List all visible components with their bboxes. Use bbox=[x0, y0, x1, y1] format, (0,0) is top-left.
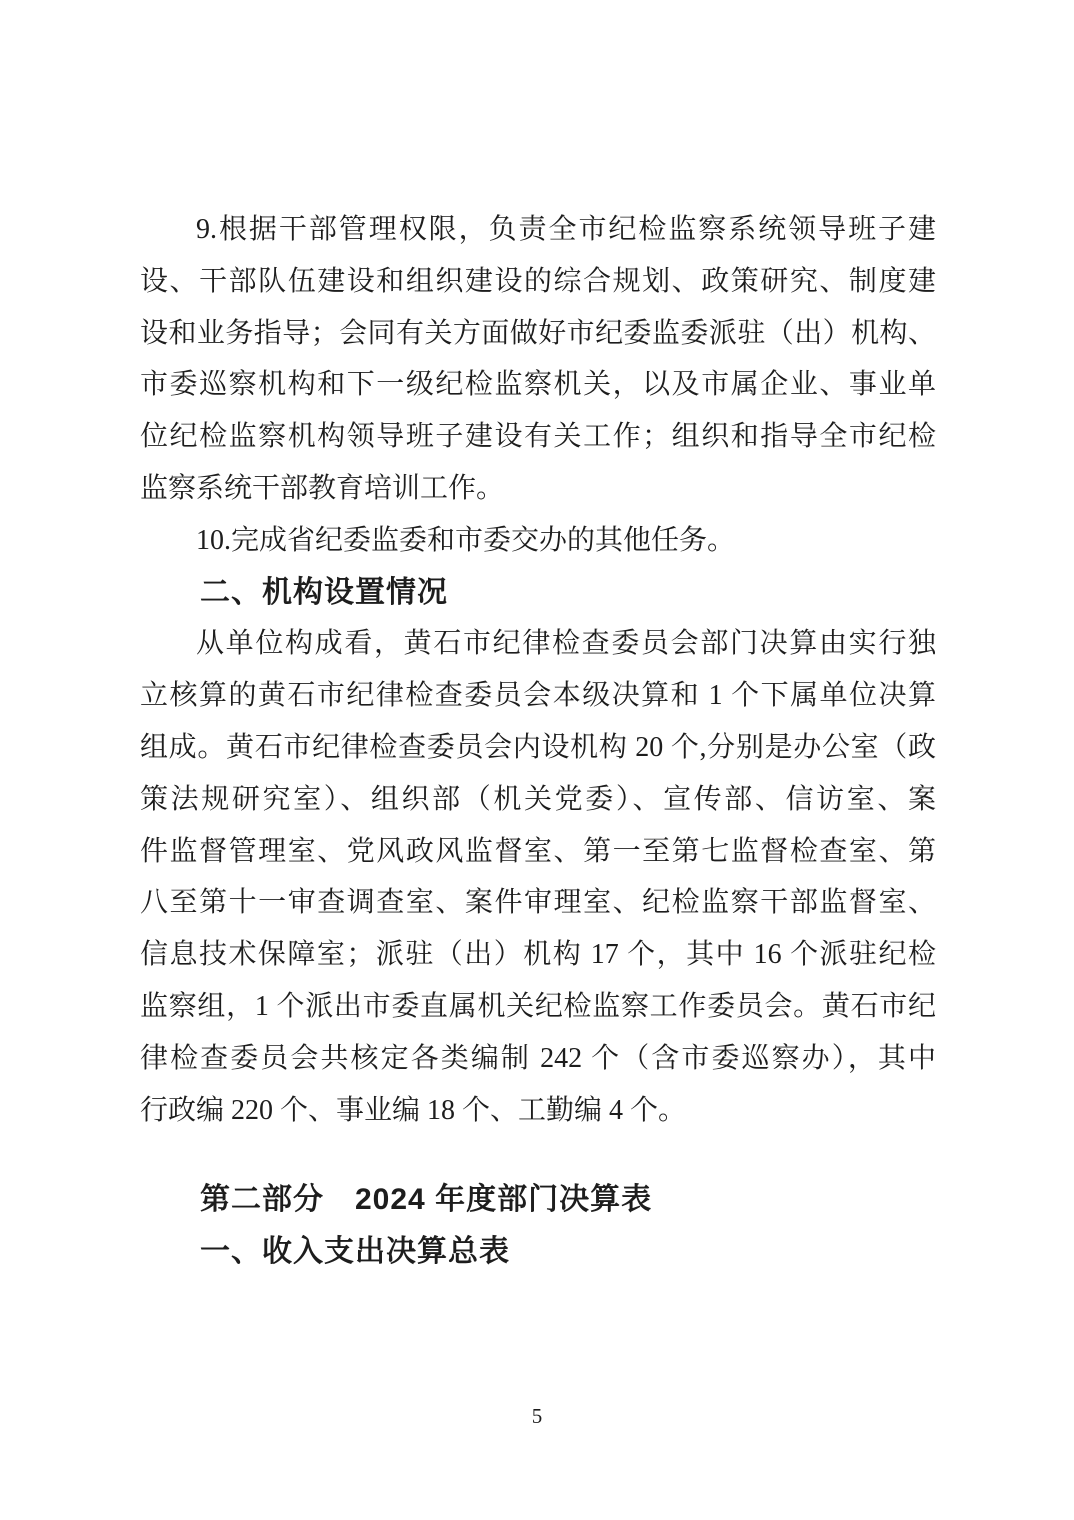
body-text-line: 组成。黄石市纪律检查委员会内设机构 20 个,分别是办公室（政 bbox=[140, 722, 936, 774]
body-text-line: 律检查委员会共核定各类编制 242 个（含市委巡察办），其中 bbox=[140, 1033, 936, 1085]
heading-part2-2024-final-accounts-tables: 第二部分 2024 年度部门决算表 bbox=[140, 1174, 936, 1226]
body-text-line: 监察系统干部教育培训工作。 bbox=[140, 463, 936, 515]
body-text-line: 八至第十一审查调查室、案件审理室、纪检监察干部监督室、 bbox=[140, 877, 936, 929]
page-footer: 5 bbox=[0, 1404, 1074, 1429]
body-text-line: 信息技术保障室；派驻（出）机构 17 个，其中 16 个派驻纪检 bbox=[140, 929, 936, 981]
body-text-line: 从单位构成看，黄石市纪律检查委员会部门决算由实行独 bbox=[140, 618, 936, 670]
page-number: 5 bbox=[532, 1404, 543, 1428]
document-page: 9.根据干部管理权限，负责全市纪检监察系统领导班子建设、干部队伍建设和组织建设的… bbox=[0, 0, 1074, 1520]
body-text-line: 立核算的黄石市纪律检查委员会本级决算和 1 个下属单位决算 bbox=[140, 670, 936, 722]
heading-income-expense-summary-table: 一、收入支出决算总表 bbox=[140, 1226, 936, 1278]
body-text-line: 设、干部队伍建设和组织建设的综合规划、政策研究、制度建 bbox=[140, 256, 936, 308]
body-text-line: 件监督管理室、党风政风监督室、第一至第七监督检查室、第 bbox=[140, 826, 936, 878]
body-text-line: 策法规研究室）、组织部（机关党委）、宣传部、信访室、案 bbox=[140, 774, 936, 826]
body-text-line: 行政编 220 个、事业编 18 个、工勤编 4 个。 bbox=[140, 1085, 936, 1137]
body-text-line: 位纪检监察机构领导班子建设有关工作；组织和指导全市纪检 bbox=[140, 411, 936, 463]
heading-org-structure: 二、机构设置情况 bbox=[140, 567, 936, 619]
body-text-line: 市委巡察机构和下一级纪检监察机关，以及市属企业、事业单 bbox=[140, 359, 936, 411]
body-text-line: 监察组，1 个派出市委直属机关纪检监察工作委员会。黄石市纪 bbox=[140, 981, 936, 1033]
body-text-line: 10.完成省纪委监委和市委交办的其他任务。 bbox=[140, 515, 936, 567]
body-text-line: 9.根据干部管理权限，负责全市纪检监察系统领导班子建 bbox=[140, 204, 936, 256]
document-body: 9.根据干部管理权限，负责全市纪检监察系统领导班子建设、干部队伍建设和组织建设的… bbox=[140, 204, 936, 1278]
body-text-line: 设和业务指导；会同有关方面做好市纪委监委派驻（出）机构、 bbox=[140, 308, 936, 360]
